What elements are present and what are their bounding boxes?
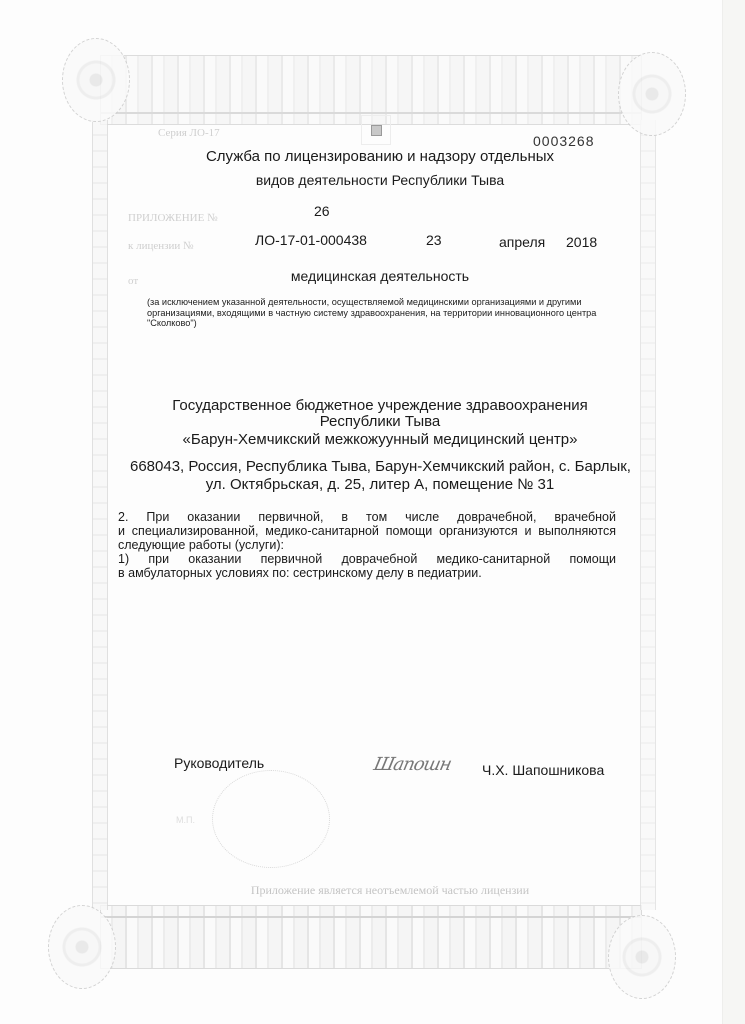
rosette-ornament-icon [608,915,676,999]
organization-line2: Республики Тыва [130,413,630,431]
ornament-border-left [92,120,108,910]
from-label: от [128,275,138,287]
date-day: 23 [426,232,442,248]
authority-name-line2: видов деятельности Республики Тыва [140,172,620,188]
signatory-name: Ч.Х. Шапошникова [482,762,604,778]
address-line1: 668043, Россия, Республика Тыва, Барун-Х… [130,458,630,475]
rosette-ornament-icon [48,905,116,989]
date-year: 2018 [566,234,597,250]
footer-note: Приложение является неотъемлемой частью … [200,883,580,898]
services-p2-line2: и специализированной, медико-санитарной … [118,524,616,538]
services-p3-line2: в амбулаторных условиях по: сестринскому… [118,566,616,580]
license-number: ЛО-17-01-000438 [255,232,367,248]
emblem-icon [361,115,391,145]
activity-type: медицинская деятельность [140,268,620,284]
services-p2-line1: 2. При оказании первичной, в том числе д… [118,510,616,524]
ornament-border-right [640,120,656,910]
appendix-label: ПРИЛОЖЕНИЕ № [128,212,218,224]
handwritten-signature: Шапошн [372,754,453,775]
organization-line3: «Барун-Хемчикский межкожуунный медицинск… [130,431,630,449]
services-p2-line3: следующие работы (услуги): [118,538,616,552]
services-item-1: 1) при оказании первичной доврачебной ме… [118,552,616,580]
services-paragraph-2: 2. При оказании первичной, в том числе д… [118,510,616,552]
date-month: апреля [499,234,545,250]
license-appendix-page: Серия ЛО-17 0003268 Служба по лицензиров… [0,0,745,1024]
series-label: Серия ЛО-17 [158,127,220,139]
address-line2: ул. Октябрьская, д. 25, литер А, помещен… [130,476,630,493]
mp-label: М.П. [176,815,195,825]
activity-note: (за исключением указанной деятельности, … [147,297,617,329]
appendix-number: 26 [314,203,330,219]
rosette-ornament-icon [62,38,130,122]
license-label: к лицензии № [128,240,194,252]
authority-name-line1: Служба по лицензированию и надзору отдел… [140,148,620,165]
scan-edge [722,0,745,1024]
serial-number: 0003268 [533,133,595,149]
ornament-border-bottom [100,905,642,969]
services-p3-line1: 1) при оказании первичной доврачебной ме… [118,552,616,566]
signatory-role: Руководитель [174,755,264,771]
rosette-ornament-icon [618,52,686,136]
seal-stamp-icon [212,770,330,868]
